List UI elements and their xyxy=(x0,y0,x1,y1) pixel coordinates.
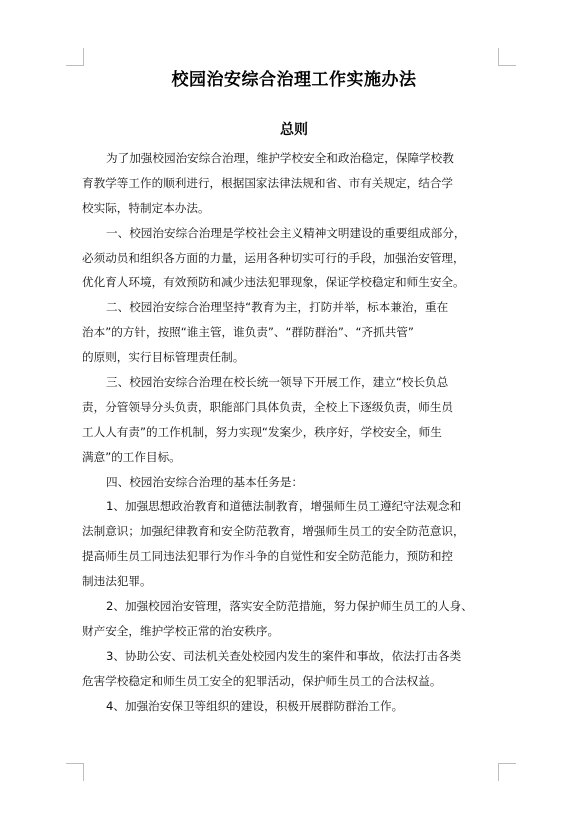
text-line: 2、加强校园治安管理，落实安全防范措施，努力保护师生员工的人身、 xyxy=(82,594,472,619)
text-line: 四、校园治安综合治理的基本任务是： xyxy=(82,470,472,495)
text-line: 责，分管领导分头负责，职能部门具体负责，全校上下逐级负责，师生员 xyxy=(82,395,472,420)
text-line: 一、校园治安综合治理是学校社会主义精神文明建设的重要组成部分， xyxy=(82,221,472,246)
text-line: 三、校园治安综合治理在校长统一领导下开展工作，建立“校长负总 xyxy=(82,370,472,395)
margin-corner-mark-top-left xyxy=(66,48,84,66)
margin-corner-mark-bottom-right xyxy=(498,763,516,781)
paragraph-intro: 为了加强校园治安综合治理，维护学校安全和政治稳定，保障学校教 育教学等工作的顺利… xyxy=(82,146,472,221)
list-item-1: 1、加强思想政治教育和道德法制教育，增强师生员工遵纪守法观念和 法制意识；加强纪… xyxy=(82,494,472,594)
paragraph-article-3: 三、校园治安综合治理在校长统一领导下开展工作，建立“校长负总 责，分管领导分头负… xyxy=(82,370,472,470)
text-line: 满意”的工作目标。 xyxy=(82,445,472,470)
paragraph-article-1: 一、校园治安综合治理是学校社会主义精神文明建设的重要组成部分， 必须动员和组织各… xyxy=(82,221,472,296)
paragraph-article-2: 二、校园治安综合治理坚持“教育为主，打防并举，标本兼治，重在 治本”的方针，按照… xyxy=(82,295,472,370)
text-line: 3、协助公安、司法机关查处校园内发生的案件和事故，依法打击各类 xyxy=(82,644,472,669)
paragraph-article-4: 四、校园治安综合治理的基本任务是： xyxy=(82,470,472,495)
text-line: 二、校园治安综合治理坚持“教育为主，打防并举，标本兼治，重在 xyxy=(82,295,472,320)
text-line: 育教学等工作的顺利进行，根据国家法律法规和省、市有关规定，结合学 xyxy=(82,171,472,196)
document-page: 校园治安综合治理工作实施办法 总则 为了加强校园治安综合治理，维护学校安全和政治… xyxy=(0,0,588,833)
text-line: 必须动员和组织各方面的力量，运用各种切实可行的手段，加强治安管理， xyxy=(82,246,472,271)
text-line: 4、加强治安保卫等组织的建设，积极开展群防群治工作。 xyxy=(82,694,472,719)
margin-corner-mark-bottom-left xyxy=(66,763,84,781)
text-line: 的原则，实行目标管理责任制。 xyxy=(82,345,472,370)
text-line: 制违法犯罪。 xyxy=(82,569,472,594)
text-line: 1、加强思想政治教育和道德法制教育，增强师生员工遵纪守法观念和 xyxy=(82,494,472,519)
text-line: 提高师生员工同违法犯罪行为作斗争的自觉性和安全防范能力，预防和控 xyxy=(82,544,472,569)
text-line: 为了加强校园治安综合治理，维护学校安全和政治稳定，保障学校教 xyxy=(82,146,472,171)
text-line: 财产安全，维护学校正常的治安秩序。 xyxy=(82,619,472,644)
list-item-3: 3、协助公安、司法机关查处校园内发生的案件和事故，依法打击各类 危害学校稳定和师… xyxy=(82,644,472,694)
text-line: 工人人有责”的工作机制，努力实现“发案少，秩序好，学校安全，师生 xyxy=(82,420,472,445)
text-line: 优化育人环境，有效预防和减少违法犯罪现象，保证学校稳定和师生安全。 xyxy=(82,270,472,295)
document-title: 校园治安综合治理工作实施办法 xyxy=(0,68,588,92)
text-line: 校实际，特制定本办法。 xyxy=(82,196,472,221)
margin-corner-mark-top-right xyxy=(498,48,516,66)
list-item-2: 2、加强校园治安管理，落实安全防范措施，努力保护师生员工的人身、 财产安全，维护… xyxy=(82,594,472,644)
text-line: 危害学校稳定和师生员工安全的犯罪活动，保护师生员工的合法权益。 xyxy=(82,669,472,694)
list-item-4: 4、加强治安保卫等组织的建设，积极开展群防群治工作。 xyxy=(82,694,472,719)
section-heading: 总则 xyxy=(0,119,588,141)
document-body: 为了加强校园治安综合治理，维护学校安全和政治稳定，保障学校教 育教学等工作的顺利… xyxy=(82,146,472,718)
text-line: 法制意识；加强纪律教育和安全防范教育，增强师生员工的安全防范意识， xyxy=(82,519,472,544)
text-line: 治本”的方针，按照“谁主管，谁负责”、“群防群治”、“齐抓共管” xyxy=(82,320,472,345)
